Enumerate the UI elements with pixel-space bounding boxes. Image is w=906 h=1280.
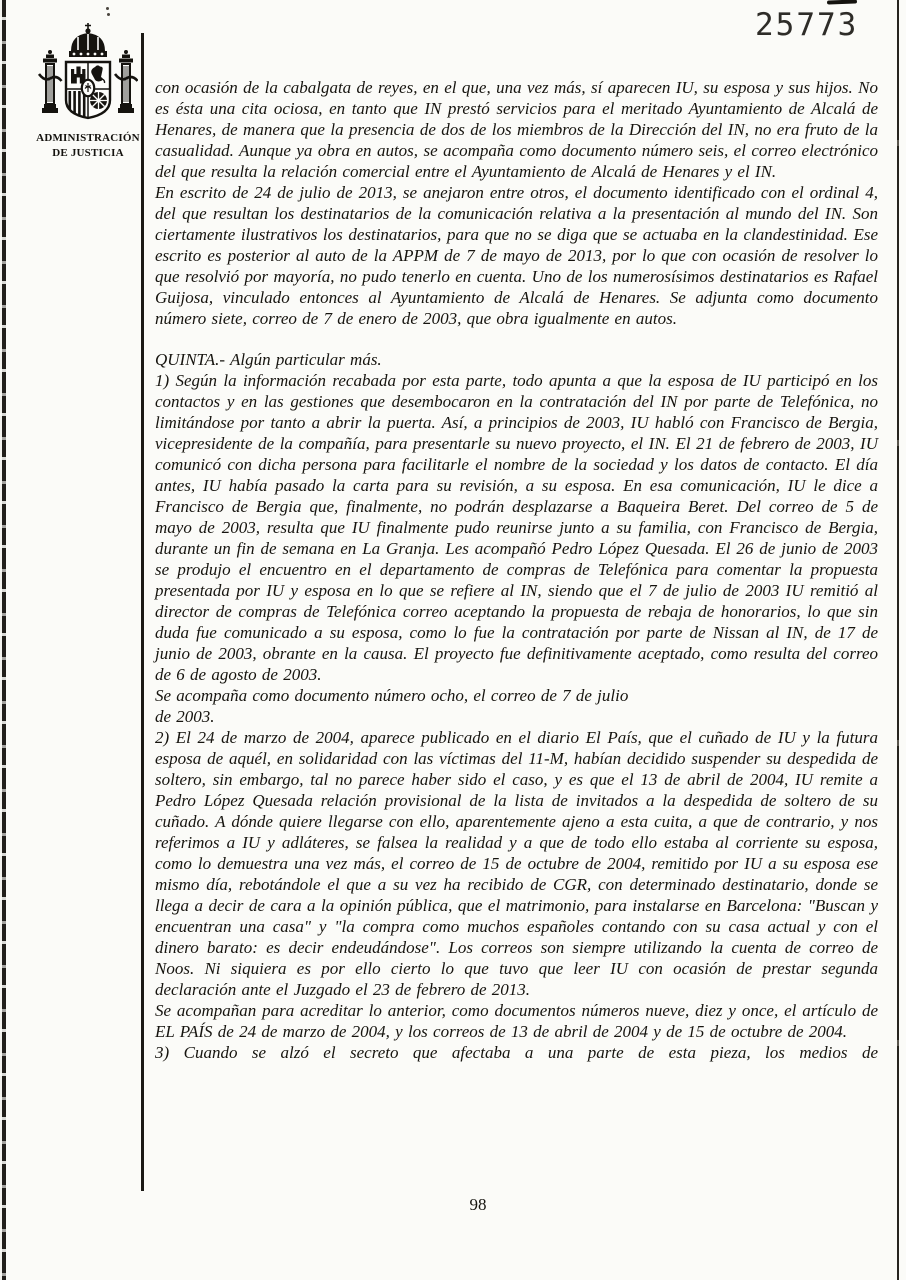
body-paragraph: 1) Según la información recabada por est… bbox=[155, 370, 878, 685]
body-paragraph: Se acompaña como documento número ocho, … bbox=[155, 685, 878, 727]
body-paragraph: con ocasión de la cabalgata de reyes, en… bbox=[155, 77, 878, 182]
scan-speck bbox=[106, 7, 109, 10]
scan-speck bbox=[107, 13, 110, 16]
body-paragraph: 2) El 24 de marzo de 2004, aparece publi… bbox=[155, 727, 878, 1000]
margin-rule bbox=[141, 33, 144, 1191]
body-paragraph: 3) Cuando se alzó el secreto que afectab… bbox=[155, 1042, 878, 1063]
spanish-coat-of-arms-icon bbox=[38, 22, 138, 126]
scan-smudge bbox=[827, 0, 857, 5]
section-heading: QUINTA.- Algún particular más. bbox=[155, 349, 878, 370]
body-paragraph: Se acompañan para acreditar lo anterior,… bbox=[155, 1000, 878, 1042]
scanned-document-page: ADMINISTRACIÓN DE JUSTICIA 25773 con oca… bbox=[0, 0, 906, 1280]
document-body: con ocasión de la cabalgata de reyes, en… bbox=[155, 77, 878, 1063]
page-right-border bbox=[897, 0, 899, 1280]
page-number: 98 bbox=[448, 1195, 508, 1215]
stamp-number: 25773 bbox=[755, 10, 858, 41]
body-paragraph: En escrito de 24 de julio de 2013, se an… bbox=[155, 182, 878, 329]
scan-binding-edge bbox=[0, 0, 8, 1280]
